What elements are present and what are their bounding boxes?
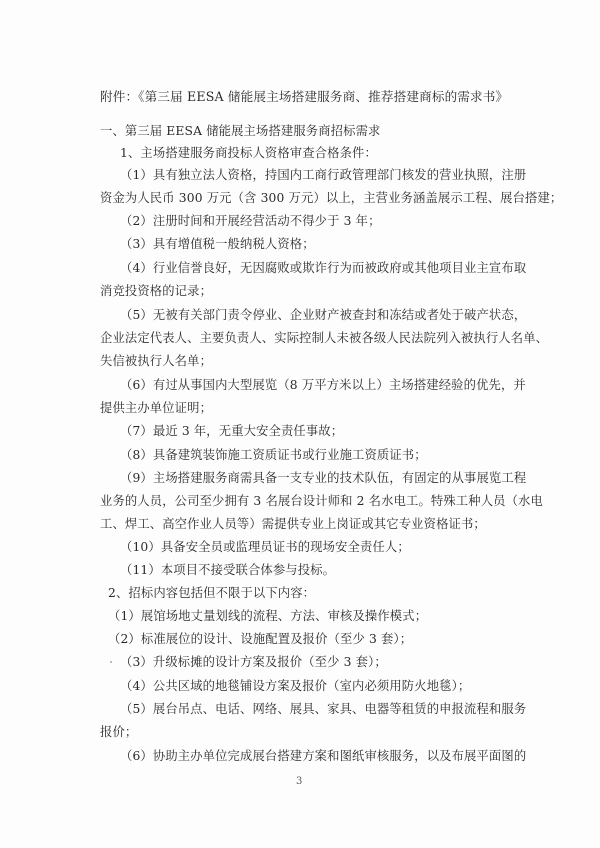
paragraph-line: （6）协助主办单位完成展台搭建方案和图纸审核服务，以及布展平面图的 xyxy=(120,748,530,764)
scan-speck xyxy=(110,661,112,663)
paragraph-line: （9）主场搭建服务商需具备一支专业的技术队伍，有固定的从事展览工程 xyxy=(120,470,530,486)
paragraph-line: （8）具备建筑装饰施工资质证书或行业施工资质证书； xyxy=(120,447,530,463)
subsection-heading: 2、招标内容包括但不限于以下内容： xyxy=(108,585,518,601)
paragraph-line: （4）公共区域的地毯铺设方案及报价（室内必须用防火地毯）； xyxy=(120,678,530,694)
paragraph-line: 工、焊工、高空作业人员等）需提供专业上岗证或其它专业资格证书； xyxy=(100,516,510,532)
paragraph-line: （3）具有增值税一般纳税人资格； xyxy=(120,236,530,252)
paragraph-line: （5）无被有关部门责令停业、企业财产被查封和冻结或者处于破产状态， xyxy=(120,307,530,323)
paragraph-line: （1）具有独立法人资格，持国内工商行政管理部门核发的营业执照，注册 xyxy=(120,167,530,183)
paragraph-line: 报价； xyxy=(100,724,510,740)
paragraph-line: （2）注册时间和开展经营活动不得少于 3 年； xyxy=(120,213,530,229)
paragraph-line: 失信被执行人名单； xyxy=(100,353,510,369)
paragraph-line: （10）具备安全员或监理员证书的现场安全责任人； xyxy=(120,539,530,555)
page-number: 3 xyxy=(296,776,302,787)
attachment-title: 附件：《第三届 EESA 储能展主场搭建服务商、推荐搭建商标的需求书》 xyxy=(100,89,510,105)
section-heading: 一、第三届 EESA 储能展主场搭建服务商招标需求 xyxy=(100,123,510,139)
paragraph-line: （2）标准展位的设计、设施配置及报价（至少 3 套）； xyxy=(108,631,518,647)
paragraph-line: （11）本项目不接受联合体参与投标。 xyxy=(120,562,530,578)
paragraph-line: （6）有过从事国内大型展览（8 万平方米以上）主场搭建经验的优先，并 xyxy=(120,377,530,393)
paragraph-line: （1）展馆场地丈量划线的流程、方法、审核及操作模式； xyxy=(108,608,518,624)
paragraph-line: （5）展台吊点、电话、网络、展具、家具、电器等租赁的申报流程和服务 xyxy=(120,701,530,717)
paragraph-line: 资金为人民币 300 万元（含 300 万元）以上，主营业务涵盖展示工程、展台搭… xyxy=(100,190,510,206)
document-page: 附件：《第三届 EESA 储能展主场搭建服务商、推荐搭建商标的需求书》 一、第三… xyxy=(0,0,600,848)
paragraph-line: 业务的人员，公司至少拥有 3 名展台设计师和 2 名水电工。特殊工种人员（水电 xyxy=(100,493,510,509)
paragraph-line: （3）升级标摊的设计方案及报价（至少 3 套）； xyxy=(120,654,530,670)
paragraph-line: 企业法定代表人、主要负责人、实际控制人未被各级人民法院列入被执行人名单、 xyxy=(100,330,510,346)
paragraph-line: 消竞投资格的记录； xyxy=(100,283,510,299)
paragraph-line: （7）最近 3 年，无重大安全责任事故； xyxy=(120,423,530,439)
subsection-heading: 1、主场搭建服务商投标人资格审查合格条件： xyxy=(120,145,530,161)
paragraph-line: （4）行业信誉良好，无因腐败或欺诈行为而被政府或其他项目业主宣布取 xyxy=(120,260,530,276)
paragraph-line: 提供主办单位证明； xyxy=(100,400,510,416)
